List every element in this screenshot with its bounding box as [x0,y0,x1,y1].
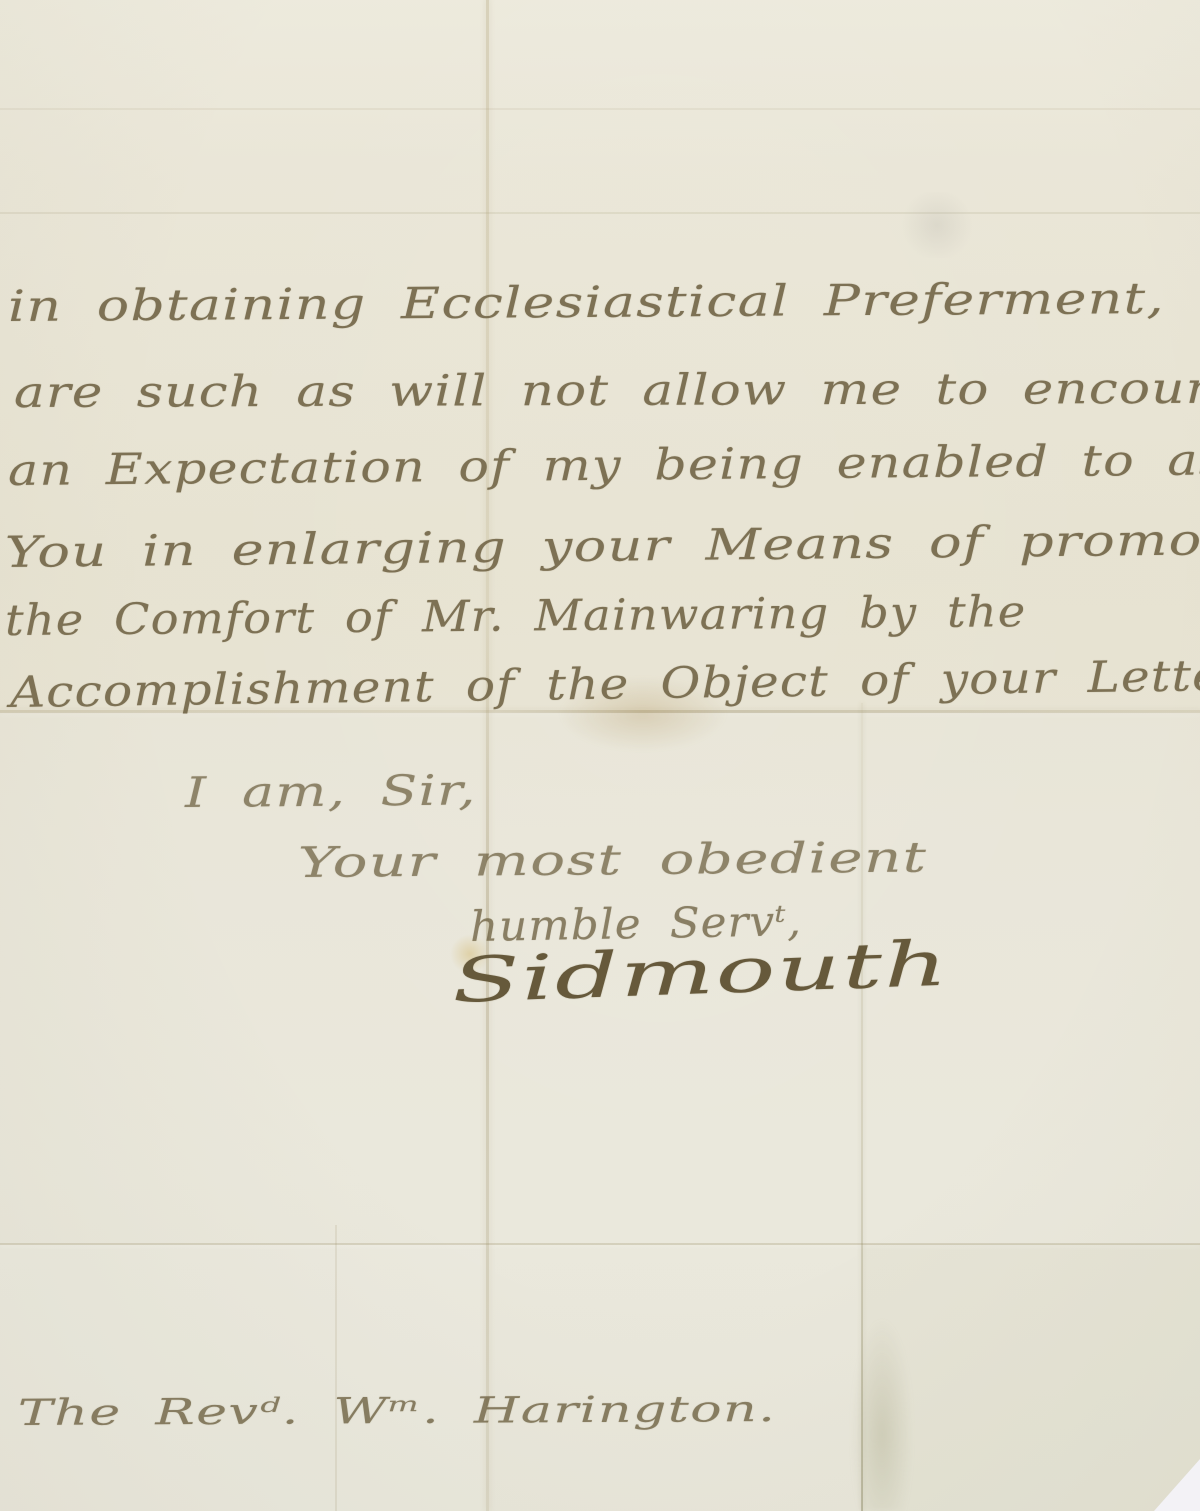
letter-scan: in obtaining Ecclesiastical Preferment, … [0,0,1200,1511]
letter-closing-line-1: I am, Sir, [185,769,477,814]
signature-sidmouth: Sidmouth [451,933,950,1012]
letter-body-line-3: an Expectation of my being enabled to as… [8,439,1200,493]
letter-body-line-1: in obtaining Ecclesiastical Preferment, [8,278,1165,329]
paper-tint-bottom-right [862,1244,1200,1511]
letter-body-line-5: the Comfort of Mr. Mainwaring by the [5,591,1027,643]
clipped-corner-bottom-right [1154,1459,1200,1511]
letter-body-line-2: are such as will not allow me to encoura… [14,367,1200,415]
addressee-line: The Revᵈ. Wᵐ. Harington. [18,1392,776,1432]
letter-closing-line-2: Your most obedient [298,837,928,884]
letter-body-line-4: You in enlarging your Means of promoting [5,518,1200,575]
paper-tint-bottom-left [0,1244,486,1511]
